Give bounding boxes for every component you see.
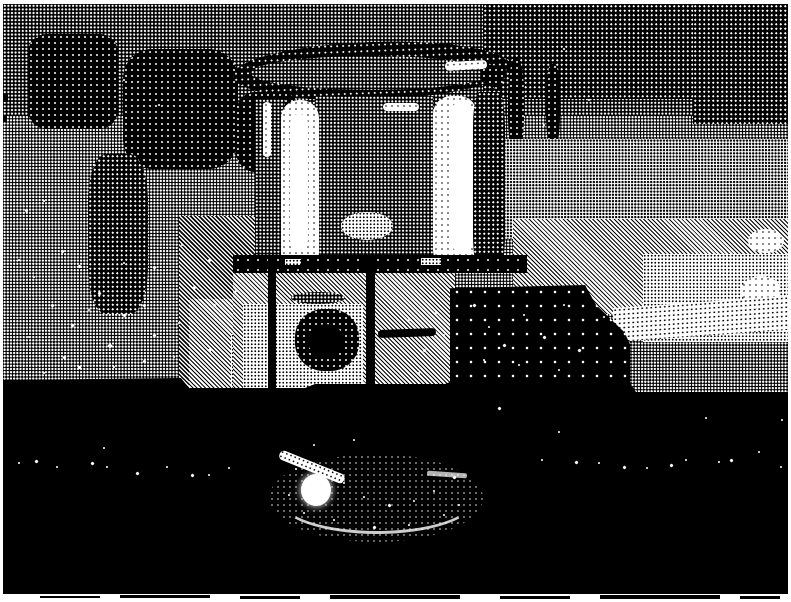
scanned-page [0,0,791,602]
bottom-print-mark-3 [240,596,300,599]
bottom-print-mark-7 [740,596,780,599]
bottom-print-mark-4 [330,595,460,599]
photograph [3,4,788,594]
glint-speck [303,512,306,515]
glint-speck [372,525,376,529]
bottom-print-mark-6 [600,595,720,599]
glint-speck [452,475,456,479]
bottom-print-mark-5 [500,596,570,599]
glint-speck [387,503,391,507]
glint-speck [363,496,366,499]
glint-speck [433,490,436,493]
glint-speck [443,514,446,517]
glint-speck [295,468,298,471]
glint-speck [408,524,411,527]
glint-speck [288,494,291,497]
glint-speck [314,473,318,477]
bottom-print-mark-2 [120,595,210,598]
base-glint-layer [3,4,788,594]
bottom-print-mark-1 [40,596,100,598]
glint-speck [333,519,336,522]
glint-speck [413,500,416,503]
glint-speck [343,482,346,485]
glint-speck [458,504,461,507]
